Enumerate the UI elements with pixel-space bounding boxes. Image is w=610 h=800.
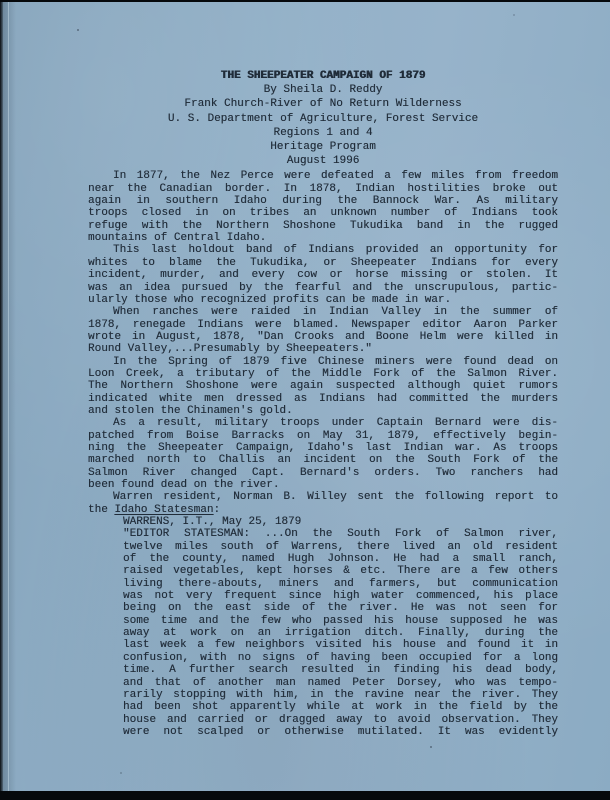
scan-edge-top: [0, 0, 610, 2]
text-line: Round Valley,...Presumably by Sheepeater…: [88, 343, 558, 355]
text-line: was an idea pursued by the fearful and t…: [88, 282, 558, 294]
text-line: Loon Creek, a tributary of the Middle Fo…: [88, 368, 558, 380]
text-line: rarily stopping with him, in the ravine …: [123, 689, 558, 701]
text-line: again in southern Idaho during the Banno…: [88, 195, 558, 207]
text-line: time. A further search resulted in findi…: [123, 664, 558, 676]
paragraph: In 1877, the Nez Perce were defeated a f…: [88, 170, 558, 244]
header-line: U. S. Department of Agriculture, Forest …: [88, 112, 558, 126]
text-line: away at work on an irrigation ditch. Fin…: [123, 627, 558, 639]
text-line: twelve miles south of Warrens, there liv…: [123, 541, 558, 553]
text-segment: the: [88, 504, 114, 516]
text-line: had been shot apparently while at work i…: [123, 701, 558, 713]
paragraph: Warren resident, Norman B. Willey sent t…: [88, 491, 558, 516]
text-line: refuge with the Northern Shoshone Tukudi…: [88, 220, 558, 232]
text-line: raised vegetables, kept horses & etc. Th…: [123, 565, 558, 577]
text-line: and stolen the Chinamen's gold.: [88, 405, 558, 417]
text-line: When ranches were raided in Indian Valle…: [88, 306, 558, 318]
text-line: Warren resident, Norman B. Willey sent t…: [88, 491, 558, 503]
text-line: In the Spring of 1879 five Chinese miner…: [88, 356, 558, 368]
header-line: Regions 1 and 4: [88, 126, 558, 140]
text-line: "EDITOR STATESMAN: ...On the South Fork …: [123, 528, 558, 540]
letter-block: WARRENS, I.T., May 25, 1879: [123, 516, 558, 528]
text-line: whites to blame the Tukudika, or Sheepea…: [88, 257, 558, 269]
text-segment: :: [213, 504, 220, 516]
paragraph: As a result, military troops under Capta…: [88, 417, 558, 491]
text-line: and that of another man named Peter Dors…: [123, 677, 558, 689]
text-line: were not scalped or otherwise mutilated.…: [123, 726, 558, 738]
text-line: last week a few neighbors visited his ho…: [123, 639, 558, 651]
scan-fold-line: [8, 0, 9, 791]
text-line: marched north to Challis an incident on …: [88, 454, 558, 466]
text-line: of the county, named Hugh Johnson. He ha…: [123, 553, 558, 565]
title-block: THE SHEEPEATER CAMPAIGN OF 1879By Sheila…: [88, 69, 558, 168]
text-line: ning the Sheepeater Campaign, Idaho's la…: [88, 442, 558, 454]
text-line: patched from Boise Barracks on May 31, 1…: [88, 430, 558, 442]
scan-speck: [77, 29, 79, 31]
text-line: wrote in August, 1878, "Dan Crooks and B…: [88, 331, 558, 343]
scan-edge-bottom: [0, 791, 610, 800]
text-line: living there-abouts, miners and farmers,…: [123, 578, 558, 590]
text-line: been found dead on the river.: [88, 479, 558, 491]
text-line: The Northern Shoshone were again suspect…: [88, 380, 558, 392]
scanned-page: THE SHEEPEATER CAMPAIGN OF 1879By Sheila…: [0, 0, 610, 800]
scan-speck: [430, 746, 432, 748]
paragraph: When ranches were raided in Indian Valle…: [88, 306, 558, 355]
text-line: incident, murder, and every cow or horse…: [88, 269, 558, 281]
header-line: THE SHEEPEATER CAMPAIGN OF 1879: [88, 69, 558, 83]
text-line: being on the east side of the river. He …: [123, 602, 558, 614]
text-line: confusion, with no signs of having been …: [123, 652, 558, 664]
paragraph: In the Spring of 1879 five Chinese miner…: [88, 356, 558, 418]
header-line: By Sheila D. Reddy: [88, 83, 558, 97]
text-line: some time and the few who passed his hou…: [123, 615, 558, 627]
text-line: mountains of Central Idaho.: [88, 232, 558, 244]
text-line: In 1877, the Nez Perce were defeated a f…: [88, 170, 558, 182]
header-line: Frank Church-River of No Return Wilderne…: [88, 97, 558, 111]
text-line: indicated white men dressed as Indians h…: [88, 393, 558, 405]
letter-block: "EDITOR STATESMAN: ...On the South Fork …: [123, 528, 558, 738]
text-line: WARRENS, I.T., May 25, 1879: [123, 516, 558, 528]
text-line: ularly those who recognized profits can …: [88, 294, 558, 306]
text-line: house and carried or dragged away to avo…: [123, 714, 558, 726]
header-line: Heritage Program: [88, 140, 558, 154]
text-line: 1878, renegade Indians were blamed. News…: [88, 319, 558, 331]
document-body: In 1877, the Nez Perce were defeated a f…: [88, 170, 558, 738]
header-line: August 1996: [88, 154, 558, 168]
scan-edge-left: [0, 0, 3, 800]
scan-speck: [513, 14, 515, 16]
scan-speck: [120, 772, 122, 774]
text-line: This last holdout band of Indians provid…: [88, 244, 558, 256]
text-line: As a result, military troops under Capta…: [88, 417, 558, 429]
underlined-text: Idaho Statesman: [114, 504, 213, 516]
text-line: near the Canadian border. In 1878, India…: [88, 183, 558, 195]
text-line: troops closed in on tribes an unknown nu…: [88, 207, 558, 219]
text-line: Salmon River changed Capt. Bernard's ord…: [88, 467, 558, 479]
paragraph: This last holdout band of Indians provid…: [88, 244, 558, 306]
text-line: was not very frequent since high water c…: [123, 590, 558, 602]
text-line: the Idaho Statesman:: [88, 504, 558, 516]
page-content: THE SHEEPEATER CAMPAIGN OF 1879By Sheila…: [88, 69, 558, 738]
